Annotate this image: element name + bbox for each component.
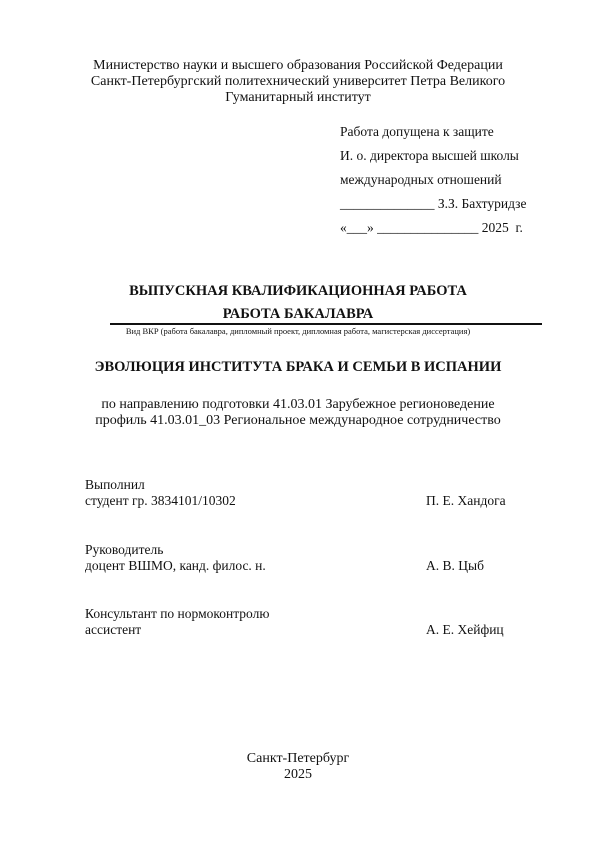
- approval-director: И. о. директора высшей школы: [340, 148, 519, 164]
- approval-admitted: Работа допущена к защите: [340, 124, 494, 140]
- ministry-line: Министерство науки и высшего образования…: [0, 58, 596, 74]
- approval-date: «___» _______________ 2025 г.: [340, 220, 523, 236]
- signatory-position: доцент ВШМО, канд. филос. н.: [85, 558, 266, 574]
- signatory-position: студент гр. 3834101/10302: [85, 493, 236, 509]
- university-line: Санкт-Петербургский политехнический унив…: [0, 74, 596, 90]
- thesis-topic: ЭВОЛЮЦИЯ ИНСТИТУТА БРАКА И СЕМЬИ В ИСПАН…: [0, 359, 596, 376]
- signatory-role: Консультант по нормоконтролю: [85, 606, 269, 622]
- approval-school: международных отношений: [340, 172, 502, 188]
- signatory-position: ассистент: [85, 622, 141, 638]
- signatory-name: П. Е. Хандога: [426, 493, 506, 509]
- signatory-role: Выполнил: [85, 477, 145, 493]
- footer-year: 2025: [0, 767, 596, 783]
- work-type-caption: Вид ВКР (работа бакалавра, дипломный про…: [0, 326, 596, 336]
- work-title: ВЫПУСКНАЯ КВАЛИФИКАЦИОННАЯ РАБОТА: [0, 283, 596, 300]
- institute-line: Гуманитарный институт: [0, 90, 596, 106]
- signatory-name: А. В. Цыб: [426, 558, 484, 574]
- approval-signature: ______________ З.З. Бахтуридзе: [340, 196, 527, 212]
- direction-line: по направлению подготовки 41.03.01 Заруб…: [0, 397, 596, 413]
- work-type: РАБОТА БАКАЛАВРА: [0, 306, 596, 323]
- work-type-underline: [110, 323, 542, 325]
- profile-line: профиль 41.03.01_03 Региональное междуна…: [0, 413, 596, 429]
- signatory-name: А. Е. Хейфиц: [426, 622, 504, 638]
- signatory-role: Руководитель: [85, 542, 163, 558]
- footer-city: Санкт-Петербург: [0, 751, 596, 767]
